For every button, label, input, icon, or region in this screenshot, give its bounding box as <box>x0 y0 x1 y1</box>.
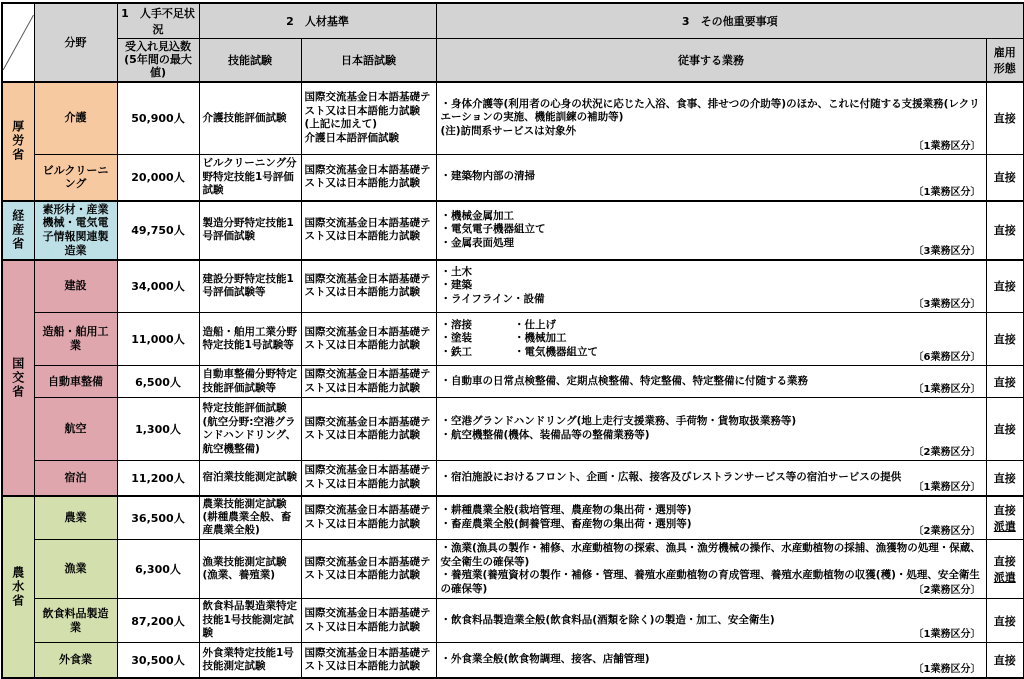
skill-exam-cell: 特定技能評価試験(航空分野:空港グランドハンドリング、航空機整備) <box>199 398 301 461</box>
kubun-label: 〔1業務区分〕 <box>914 383 981 396</box>
employment-cell: 直接 <box>986 398 1024 461</box>
kubun-label: 〔1業務区分〕 <box>914 140 981 153</box>
employment-cell: 直接派遣 <box>986 539 1024 599</box>
acceptance-cell: 6,500人 <box>117 366 199 398</box>
table-row: 漁業 6,300人 漁業技能測定試験(漁業、養殖業) 国際交流基金日本語基礎テス… <box>2 539 1024 599</box>
header-section-standards: 2 人材基準 <box>199 3 436 39</box>
field-cell: 素形材・産業機械・電気電子情報関連製造業 <box>34 201 117 260</box>
field-cell: ビルクリーニング <box>34 155 117 201</box>
acceptance-cell: 6,300人 <box>117 539 199 599</box>
employment-cell: 直接 <box>986 82 1024 155</box>
employment-cell: 直接 <box>986 599 1024 642</box>
work-text: ・外食業全般(飲食物調理、接客、店舗管理) <box>441 653 982 667</box>
skill-exam-cell: 造船・舶用工業分野特定技能1号試験等 <box>199 313 301 366</box>
employment-direct: 直接 <box>987 374 1024 390</box>
employment-direct: 直接 <box>987 470 1024 486</box>
jp-exam-cell: 国際交流基金日本語基礎テスト又は日本語能力試験 (上記に加えて) 介護日本語評価… <box>301 82 436 155</box>
work-cell: ・身体介護等(利用者の心身の状況に応じた入浴、食事、排せつの介助等)のほか、これ… <box>436 82 986 155</box>
employment-direct: 直接 <box>987 222 1024 238</box>
table-row: 造船・舶用工業 11,000人 造船・舶用工業分野特定技能1号試験等 国際交流基… <box>2 313 1024 366</box>
table-row: 厚労省 介護 50,900人 介護技能評価試験 国際交流基金日本語基礎テスト又は… <box>2 82 1024 155</box>
table-row: 飲食料品製造業 87,200人 飲食料品製造業特定技能1号技能測定試験 国際交流… <box>2 599 1024 642</box>
skill-exam-cell: 漁業技能測定試験(漁業、養殖業) <box>199 539 301 599</box>
jp-exam-cell: 国際交流基金日本語基礎テスト又は日本語能力試験 <box>301 313 436 366</box>
table-row: 自動車整備 6,500人 自動車整備分野特定技能評価試験等 国際交流基金日本語基… <box>2 366 1024 398</box>
acceptance-cell: 50,900人 <box>117 82 199 155</box>
table-row: 農水省 農業 36,500人 農業技能測定試験(耕種農業全般、畜産農業全般) 国… <box>2 496 1024 540</box>
field-cell: 介護 <box>34 82 117 155</box>
header-skill-exam: 技能試験 <box>199 39 301 82</box>
employment-cell: 直接派遣 <box>986 496 1024 540</box>
ministry-label: 農水省 <box>10 566 27 608</box>
ministry-label: 国交省 <box>10 357 27 399</box>
work-text: ・飲食料品製造業全般(飲食料品(酒類を除く)の製造・加工、安全衛生) <box>441 614 982 628</box>
employment-dispatch: 派遣 <box>987 569 1024 585</box>
employment-cell: 直接 <box>986 313 1024 366</box>
ministry-cell-kokkosho: 国交省 <box>2 260 34 496</box>
jp-exam-cell: 国際交流基金日本語基礎テスト又は日本語能力試験 <box>301 496 436 540</box>
ministry-cell-keisansho: 経産省 <box>2 201 34 260</box>
employment-cell: 直接 <box>986 642 1024 678</box>
header-field: 分野 <box>34 3 117 82</box>
employment-direct: 直接 <box>987 652 1024 668</box>
work-cell: ・建築物内部の清掃〔1業務区分〕 <box>436 155 986 201</box>
kubun-label: 〔2業務区分〕 <box>914 446 981 459</box>
kubun-label: 〔2業務区分〕 <box>914 584 981 597</box>
table-row: 宿泊 11,200人 宿泊業技能測定試験 国際交流基金日本語基礎テスト又は日本語… <box>2 461 1024 496</box>
work-text: ・漁業(漁具の製作・補修、水産動植物の探索、漁具・漁労機械の操作、水産動植物の採… <box>441 542 982 597</box>
document-page: 分野 1 人手不足状況 2 人材基準 3 その他重要事項 受入れ見込数 (5年間… <box>0 0 1024 651</box>
employment-cell: 直接 <box>986 201 1024 260</box>
table-row: 国交省 建設 34,000人 建設分野特定技能1号評価試験等 国際交流基金日本語… <box>2 260 1024 313</box>
field-cell: 漁業 <box>34 539 117 599</box>
work-cell: ・空港グランドハンドリング(地上走行支援業務、手荷物・貨物取扱業務等) ・航空機… <box>436 398 986 461</box>
jp-exam-cell: 国際交流基金日本語基礎テスト又は日本語能力試験 <box>301 599 436 642</box>
kubun-label: 〔6業務区分〕 <box>914 351 981 364</box>
employment-direct: 直接 <box>987 278 1024 294</box>
kubun-label: 〔1業務区分〕 <box>914 186 981 199</box>
skill-exam-cell: 介護技能評価試験 <box>199 82 301 155</box>
acceptance-cell: 34,000人 <box>117 260 199 313</box>
field-cell: 農業 <box>34 496 117 540</box>
skill-exam-cell: 宿泊業技能測定試験 <box>199 461 301 496</box>
field-cell: 造船・舶用工業 <box>34 313 117 366</box>
jp-exam-cell: 国際交流基金日本語基礎テスト又は日本語能力試験 <box>301 201 436 260</box>
work-text: ・身体介護等(利用者の心身の状況に応じた入浴、食事、排せつの介助等)のほか、これ… <box>441 98 982 139</box>
work-text: ・宿泊施設におけるフロント、企画・広報、接客及びレストランサービス等の宿泊サービ… <box>441 471 982 485</box>
header-acceptance: 受入れ見込数 (5年間の最大値) <box>117 39 199 82</box>
acceptance-cell: 11,200人 <box>117 461 199 496</box>
jp-exam-cell: 国際交流基金日本語基礎テスト又は日本語能力試験 <box>301 366 436 398</box>
skill-exam-cell: ビルクリーニング分野特定技能1号評価試験 <box>199 155 301 201</box>
field-cell: 宿泊 <box>34 461 117 496</box>
work-text: ・溶接 ・仕上げ ・塗装 ・機械加工 ・鉄工 ・電気機器組立て <box>441 319 982 360</box>
skill-exam-cell: 建設分野特定技能1号評価試験等 <box>199 260 301 313</box>
skill-exam-cell: 飲食料品製造業特定技能1号技能測定試験 <box>199 599 301 642</box>
jp-exam-cell: 国際交流基金日本語基礎テスト又は日本語能力試験 <box>301 539 436 599</box>
work-text: ・空港グランドハンドリング(地上走行支援業務、手荷物・貨物取扱業務等) ・航空機… <box>441 415 982 442</box>
jp-exam-cell: 国際交流基金日本語基礎テスト又は日本語能力試験 <box>301 642 436 678</box>
corner-diagonal-cell <box>2 3 34 82</box>
employment-cell: 直接 <box>986 366 1024 398</box>
header-section-other: 3 その他重要事項 <box>436 3 1024 39</box>
header-section-shortage: 1 人手不足状況 <box>117 3 199 39</box>
employment-direct: 直接 <box>987 502 1024 518</box>
header-employment: 雇用形態 <box>986 39 1024 82</box>
employment-direct: 直接 <box>987 331 1024 347</box>
work-text: ・土木 ・建築 ・ライフライン・設備 <box>441 266 982 307</box>
work-text: ・自動車の日常点検整備、定期点検整備、特定整備、特定整備に付随する業務 <box>441 375 982 389</box>
jp-exam-cell: 国際交流基金日本語基礎テスト又は日本語能力試験 <box>301 398 436 461</box>
skill-exam-cell: 外食業特定技能1号技能測定試験 <box>199 642 301 678</box>
work-cell: ・自動車の日常点検整備、定期点検整備、特定整備、特定整備に付随する業務〔1業務区… <box>436 366 986 398</box>
jp-exam-cell: 国際交流基金日本語基礎テスト又は日本語能力試験 <box>301 461 436 496</box>
header-row-sections: 分野 1 人手不足状況 2 人材基準 3 その他重要事項 <box>2 3 1024 39</box>
employment-direct: 直接 <box>987 553 1024 569</box>
jp-exam-cell: 国際交流基金日本語基礎テスト又は日本語能力試験 <box>301 155 436 201</box>
employment-direct: 直接 <box>987 169 1024 185</box>
table-row: 外食業 30,500人 外食業特定技能1号技能測定試験 国際交流基金日本語基礎テ… <box>2 642 1024 678</box>
employment-cell: 直接 <box>986 155 1024 201</box>
ministry-label: 経産省 <box>10 209 27 251</box>
kubun-label: 〔1業務区分〕 <box>914 481 981 494</box>
work-cell: ・機械金属加工 ・電気電子機器組立て ・金属表面処理〔3業務区分〕 <box>436 201 986 260</box>
work-cell: ・土木 ・建築 ・ライフライン・設備〔3業務区分〕 <box>436 260 986 313</box>
acceptance-cell: 87,200人 <box>117 599 199 642</box>
skilled-worker-fields-table: 分野 1 人手不足状況 2 人材基準 3 その他重要事項 受入れ見込数 (5年間… <box>1 2 1024 679</box>
work-cell: ・飲食料品製造業全般(飲食料品(酒類を除く)の製造・加工、安全衛生)〔1業務区分… <box>436 599 986 642</box>
acceptance-cell: 11,000人 <box>117 313 199 366</box>
work-text: ・建築物内部の清掃 <box>441 170 982 184</box>
ministry-label: 厚労省 <box>10 120 27 162</box>
skill-exam-cell: 製造分野特定技能1号評価試験 <box>199 201 301 260</box>
work-text: ・耕種農業全般(栽培管理、農産物の集出荷・選別等) ・畜産農業全般(飼養管理、畜… <box>441 504 982 531</box>
field-cell: 外食業 <box>34 642 117 678</box>
header-work: 従事する業務 <box>436 39 986 82</box>
kubun-label: 〔3業務区分〕 <box>914 245 981 258</box>
work-cell: ・溶接 ・仕上げ ・塗装 ・機械加工 ・鉄工 ・電気機器組立て〔6業務区分〕 <box>436 313 986 366</box>
diagonal-line-icon <box>3 15 34 70</box>
employment-cell: 直接 <box>986 260 1024 313</box>
field-cell: 飲食料品製造業 <box>34 599 117 642</box>
acceptance-cell: 1,300人 <box>117 398 199 461</box>
ministry-cell-korosho: 厚労省 <box>2 82 34 201</box>
employment-cell: 直接 <box>986 461 1024 496</box>
field-cell: 自動車整備 <box>34 366 117 398</box>
field-cell: 航空 <box>34 398 117 461</box>
work-cell: ・宿泊施設におけるフロント、企画・広報、接客及びレストランサービス等の宿泊サービ… <box>436 461 986 496</box>
acceptance-cell: 36,500人 <box>117 496 199 540</box>
kubun-label: 〔1業務区分〕 <box>914 663 981 676</box>
kubun-label: 〔2業務区分〕 <box>914 525 981 538</box>
work-cell: ・外食業全般(飲食物調理、接客、店舗管理)〔1業務区分〕 <box>436 642 986 678</box>
acceptance-cell: 49,750人 <box>117 201 199 260</box>
kubun-label: 〔3業務区分〕 <box>914 298 981 311</box>
header-jp-exam: 日本語試験 <box>301 39 436 82</box>
skill-exam-cell: 自動車整備分野特定技能評価試験等 <box>199 366 301 398</box>
work-cell: ・漁業(漁具の製作・補修、水産動植物の探索、漁具・漁労機械の操作、水産動植物の採… <box>436 539 986 599</box>
table-row: 航空 1,300人 特定技能評価試験(航空分野:空港グランドハンドリング、航空機… <box>2 398 1024 461</box>
employment-direct: 直接 <box>987 110 1024 126</box>
table-row: 経産省 素形材・産業機械・電気電子情報関連製造業 49,750人 製造分野特定技… <box>2 201 1024 260</box>
field-cell: 建設 <box>34 260 117 313</box>
employment-direct: 直接 <box>987 421 1024 437</box>
jp-exam-cell: 国際交流基金日本語基礎テスト又は日本語能力試験 <box>301 260 436 313</box>
skill-exam-cell: 農業技能測定試験(耕種農業全般、畜産農業全般) <box>199 496 301 540</box>
header-row-columns: 受入れ見込数 (5年間の最大値) 技能試験 日本語試験 従事する業務 雇用形態 <box>2 39 1024 82</box>
acceptance-cell: 30,500人 <box>117 642 199 678</box>
work-cell: ・耕種農業全般(栽培管理、農産物の集出荷・選別等) ・畜産農業全般(飼養管理、畜… <box>436 496 986 540</box>
acceptance-cell: 20,000人 <box>117 155 199 201</box>
employment-dispatch: 派遣 <box>987 518 1024 534</box>
work-text: ・機械金属加工 ・電気電子機器組立て ・金属表面処理 <box>441 210 982 251</box>
kubun-label: 〔1業務区分〕 <box>914 628 981 641</box>
employment-direct: 直接 <box>987 613 1024 629</box>
table-row: ビルクリーニング 20,000人 ビルクリーニング分野特定技能1号評価試験 国際… <box>2 155 1024 201</box>
